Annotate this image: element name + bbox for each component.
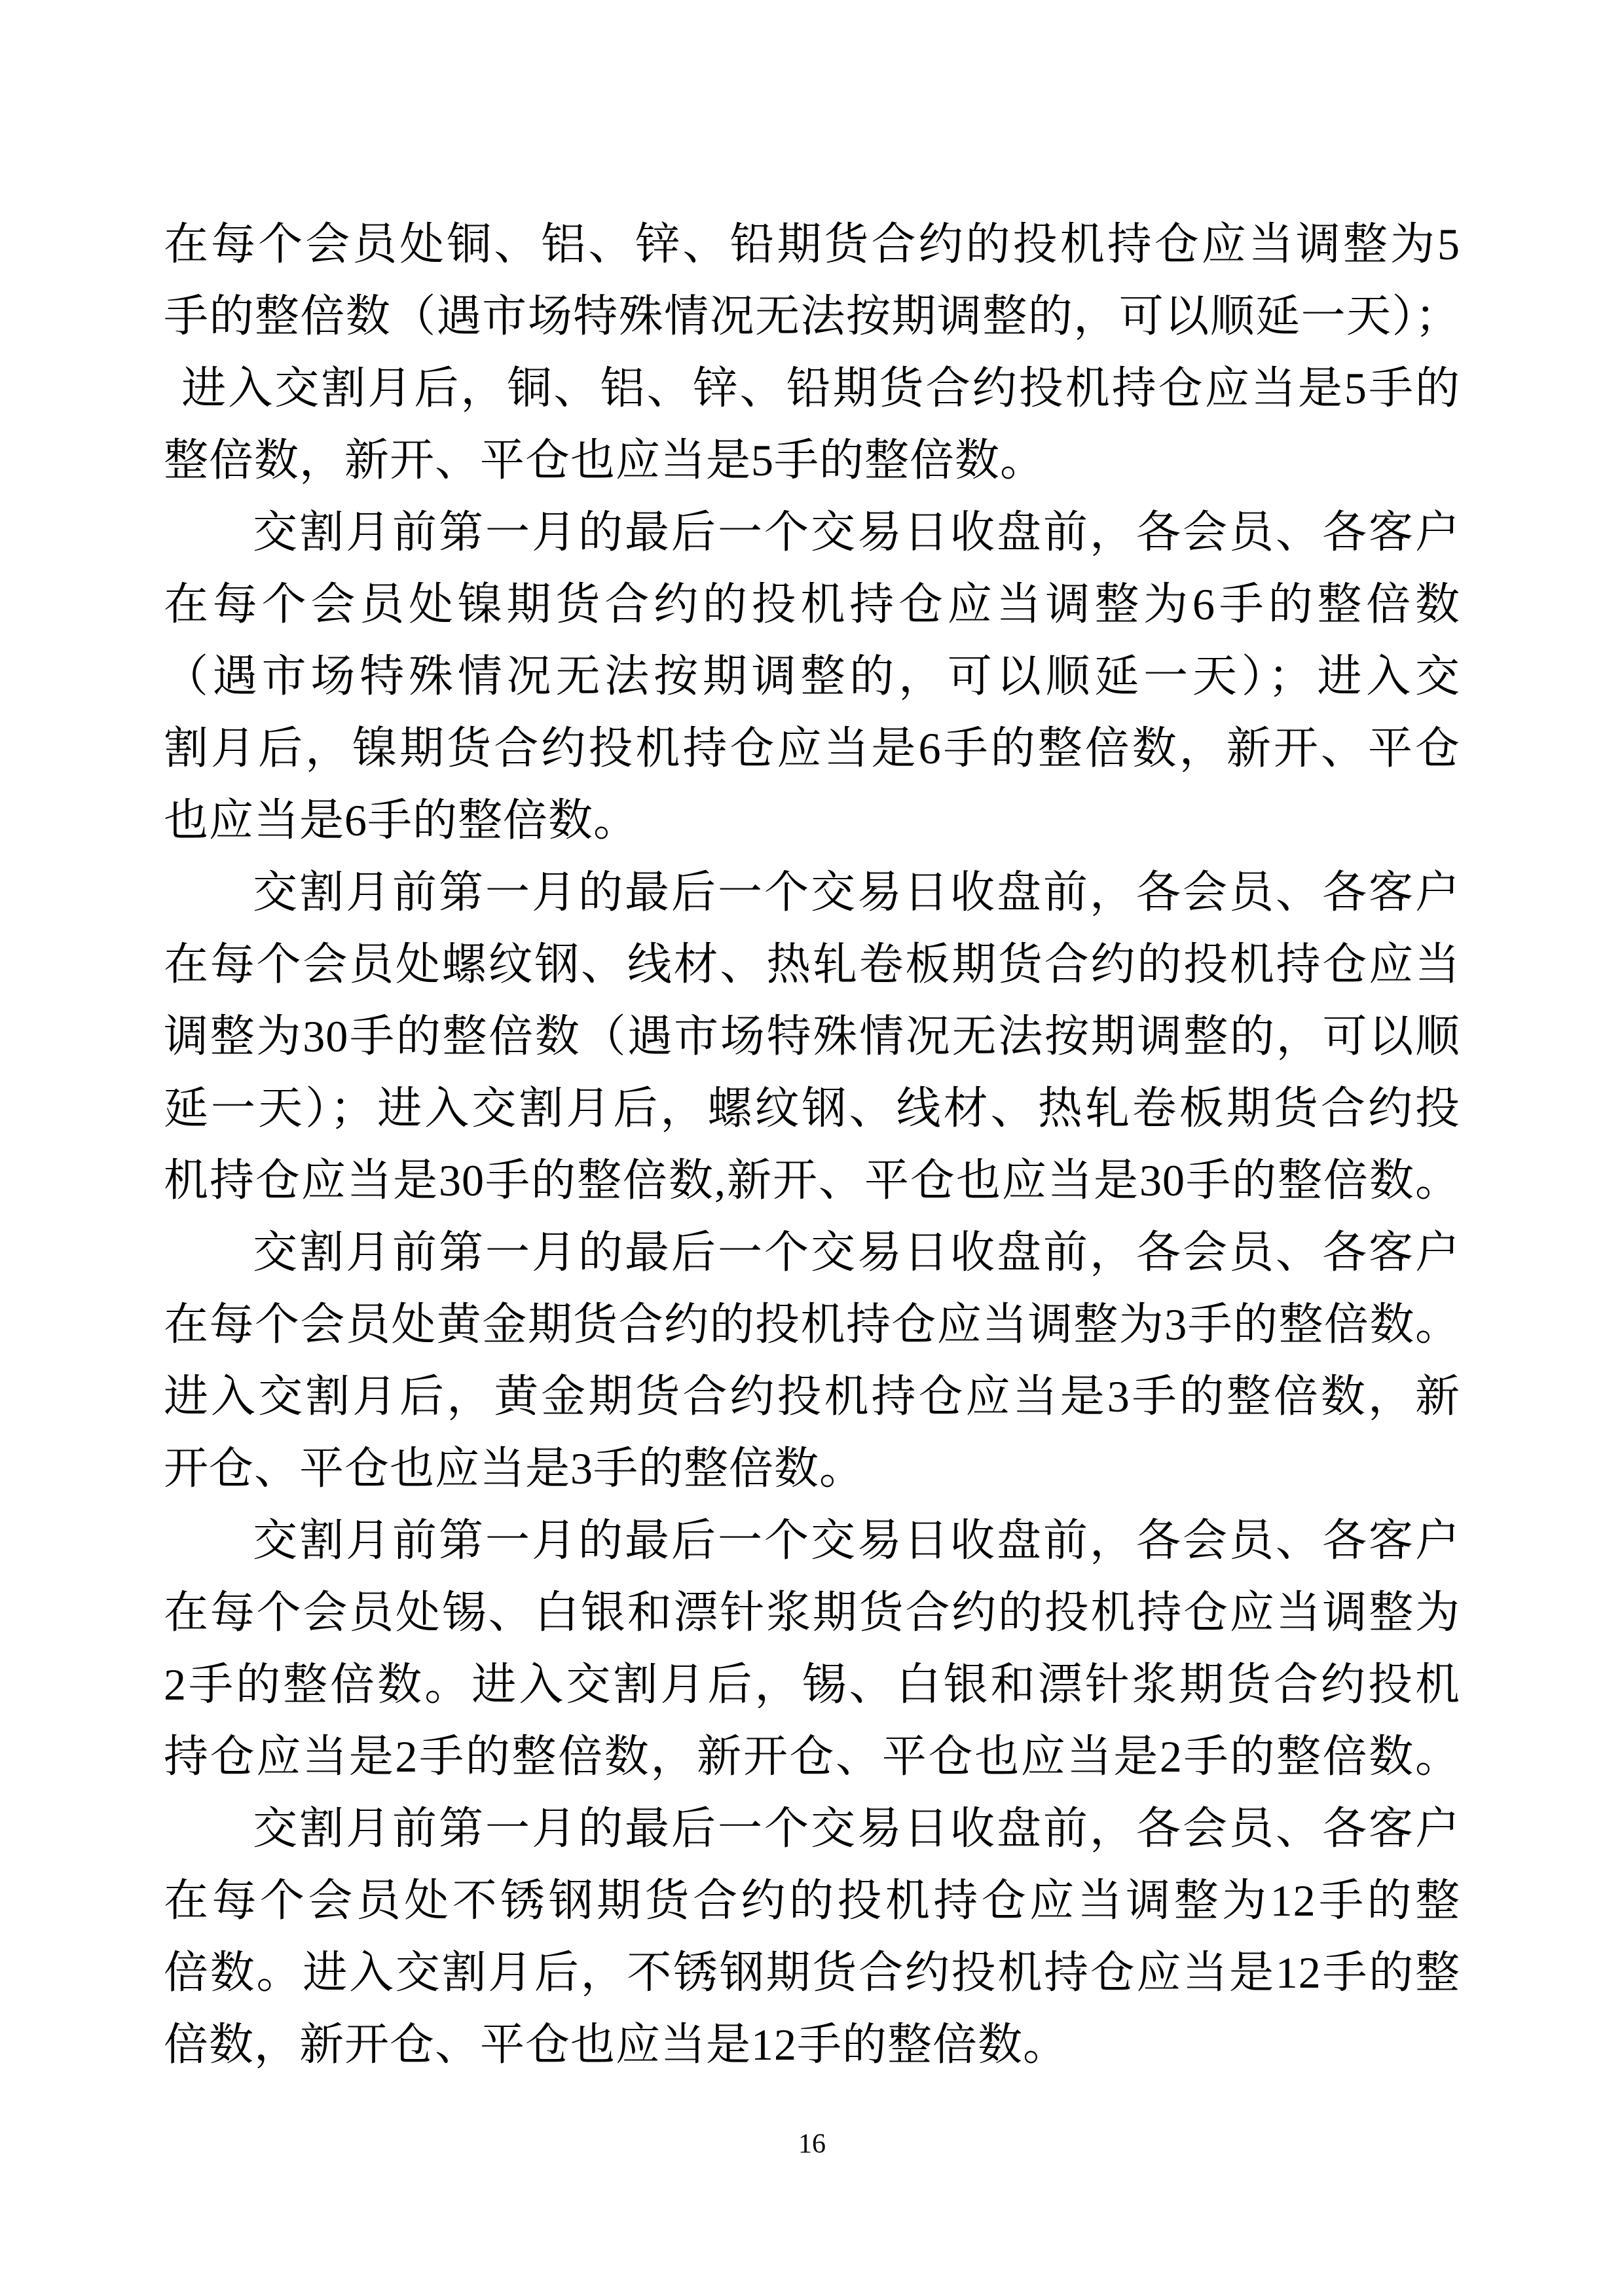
text-line: 进入交割月后，黄金期货合约投机持仓应当是3手的整倍数，新 <box>164 1360 1460 1432</box>
text-line: 在每个会员处镍期货合约的投机持仓应当调整为6手的整倍数 <box>164 568 1460 640</box>
text-line: 延一天）；进入交割月后，螺纹钢、线材、热轧卷板期货合约投 <box>164 1072 1460 1144</box>
text-line: 交割月前第一月的最后一个交易日收盘前，各会员、各客户 <box>164 496 1460 568</box>
text-line: 交割月前第一月的最后一个交易日收盘前，各会员、各客户 <box>164 1793 1460 1865</box>
text-line: 进入交割月后，铜、铝、锌、铅期货合约投机持仓应当是5手的 <box>164 352 1460 424</box>
text-line: 倍数。进入交割月后，不锈钢期货合约投机持仓应当是12手的整 <box>164 1937 1460 2009</box>
text-line: 倍数，新开仓、平仓也应当是12手的整倍数。 <box>164 2009 1460 2081</box>
text-line: 在每个会员处锡、白银和漂针浆期货合约的投机持仓应当调整为 <box>164 1576 1460 1649</box>
text-line: 割月后，镍期货合约投机持仓应当是6手的整倍数，新开、平仓 <box>164 712 1460 784</box>
text-line: 在每个会员处铜、铝、锌、铅期货合约的投机持仓应当调整为5 <box>164 208 1460 280</box>
text-line: 机持仓应当是30手的整倍数,新开、平仓也应当是30手的整倍数。 <box>164 1144 1460 1216</box>
text-line: 调整为30手的整倍数（遇市场特殊情况无法按期调整的，可以顺 <box>164 1000 1460 1072</box>
document-page: 在每个会员处铜、铝、锌、铅期货合约的投机持仓应当调整为5手的整倍数（遇市场特殊情… <box>0 0 1624 2296</box>
text-line: 在每个会员处螺纹钢、线材、热轧卷板期货合约的投机持仓应当 <box>164 928 1460 1000</box>
text-line: 在每个会员处不锈钢期货合约的投机持仓应当调整为12手的整 <box>164 1865 1460 1937</box>
text-line: 整倍数，新开、平仓也应当是5手的整倍数。 <box>164 424 1460 496</box>
text-line: 也应当是6手的整倍数。 <box>164 784 1460 856</box>
text-line: 开仓、平仓也应当是3手的整倍数。 <box>164 1432 1460 1504</box>
text-line: 交割月前第一月的最后一个交易日收盘前，各会员、各客户 <box>164 1216 1460 1288</box>
document-body-text: 在每个会员处铜、铝、锌、铅期货合约的投机持仓应当调整为5手的整倍数（遇市场特殊情… <box>164 208 1460 2081</box>
text-line: （遇市场特殊情况无法按期调整的，可以顺延一天）；进入交 <box>164 640 1460 712</box>
text-line: 交割月前第一月的最后一个交易日收盘前，各会员、各客户 <box>164 1504 1460 1576</box>
text-line: 交割月前第一月的最后一个交易日收盘前，各会员、各客户 <box>164 856 1460 928</box>
text-line: 持仓应当是2手的整倍数，新开仓、平仓也应当是2手的整倍数。 <box>164 1721 1460 1793</box>
text-line: 手的整倍数（遇市场特殊情况无法按期调整的，可以顺延一天）； <box>164 280 1460 352</box>
text-line: 在每个会员处黄金期货合约的投机持仓应当调整为3手的整倍数。 <box>164 1288 1460 1360</box>
page-number: 16 <box>0 2124 1624 2164</box>
text-line: 2手的整倍数。进入交割月后，锡、白银和漂针浆期货合约投机 <box>164 1649 1460 1721</box>
